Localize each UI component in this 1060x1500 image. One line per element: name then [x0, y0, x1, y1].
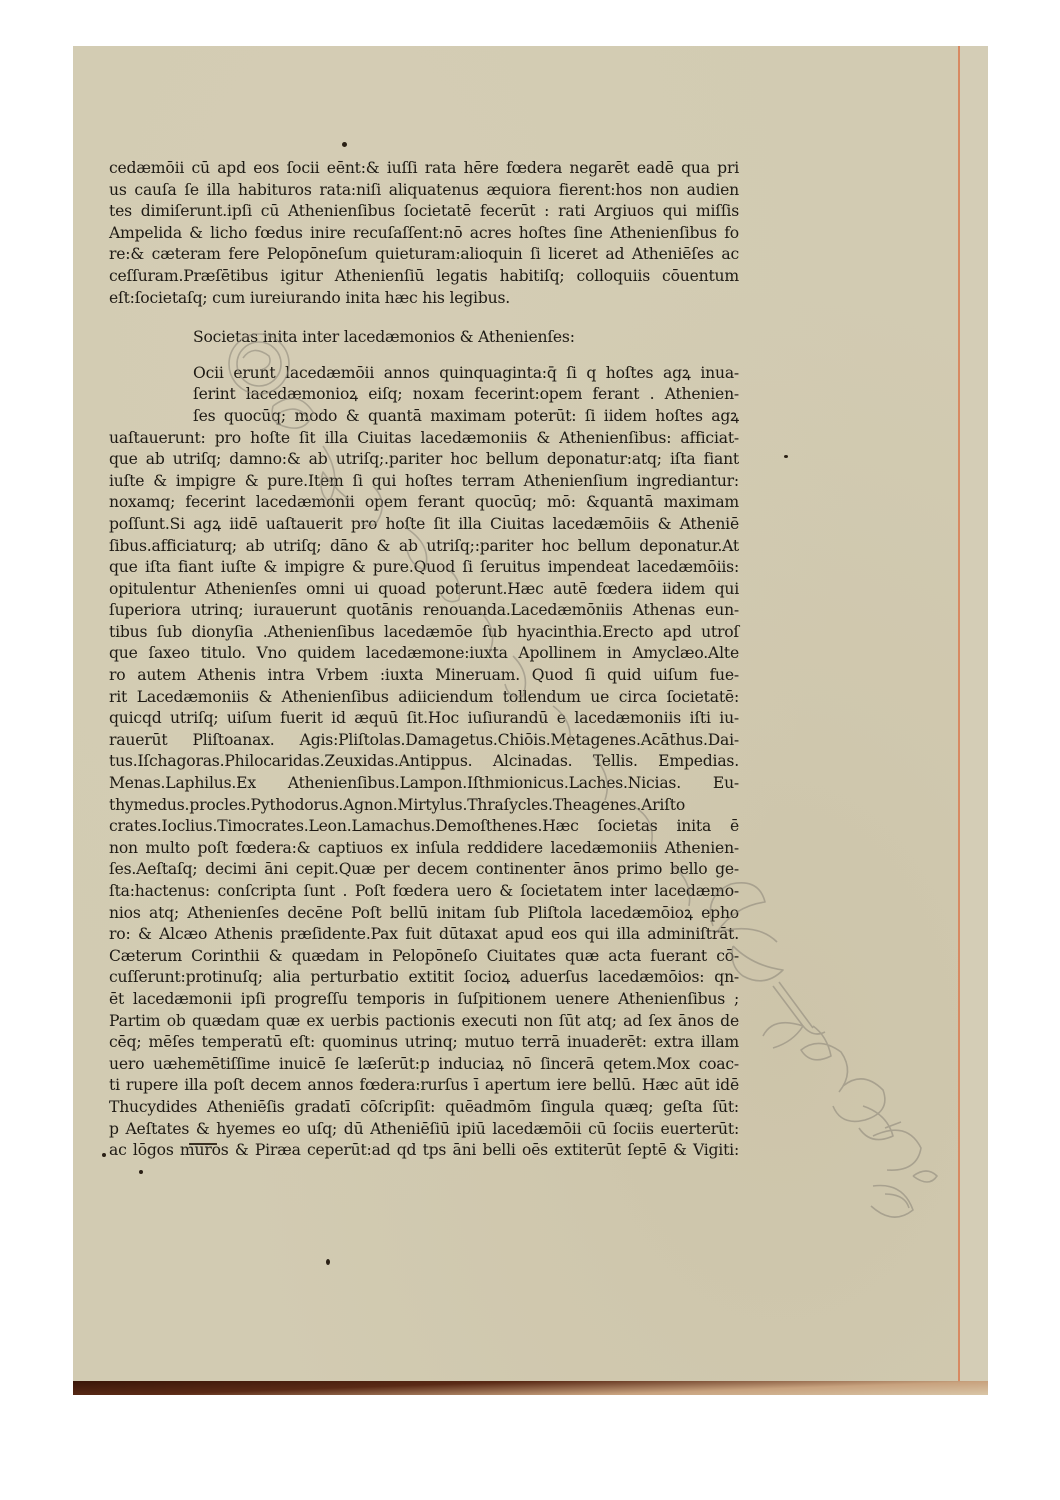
text-line: que ab utriſq; damno:& ab utriſq;.parite… — [109, 449, 739, 471]
underlying-leaf-edge — [957, 46, 988, 1395]
text-line: Partim ob quædam quæ ex uerbis pactionis… — [109, 1011, 739, 1033]
text-line: Thucydides Atheniēſis gradatī cōſcripſit… — [109, 1097, 739, 1119]
text-line: ro: & Alcæo Athenis præſidente.Pax fuit … — [109, 924, 739, 946]
text-line: thymedus.procles.Pythodorus.Agnon.Mirtyl… — [109, 795, 739, 817]
text-line: ſta:hactenus: conſcripta ſunt . Poſt fœd… — [109, 881, 739, 903]
text-line: p Aeſtates & hyemes eo uſq; dū Atheniēſi… — [109, 1119, 739, 1141]
text-line: Ocii erunt lacedæmōii annos quinquaginta… — [109, 363, 739, 385]
text-line: quicqd utriſq; uiſum fuerit id æquū ſit.… — [109, 708, 739, 730]
text-line: nios atq; Athenienſes decēne Poſt bellū … — [109, 903, 739, 925]
text-line: ſuperiora utrinq; iurauerunt quotānis re… — [109, 600, 739, 622]
text-line: cedæmōii cū apd eos ſocii eēnt:& iuſſi r… — [109, 158, 739, 180]
text-line: uero uæhemētiſſime inuicē ſe læſerūt:p i… — [109, 1054, 739, 1076]
text-line: ēt lacedæmonii ipſi progreſſu temporis i… — [109, 989, 739, 1011]
text-line: tes dimiſerunt.ipſi cū Athenienſibus ſoc… — [109, 201, 739, 223]
text-line: ro autem Athenis intra Vrbem :iuxta Mine… — [109, 665, 739, 687]
text-line: rauerūt Pliſtoanax. Agis:Pliſtolas.Damag… — [109, 730, 739, 752]
paper-leaf: cedæmōii cū apd eos ſocii eēnt:& iuſſi r… — [73, 46, 960, 1387]
text-line: ſes quocūq; modo & quantā maximam poterū… — [109, 406, 739, 428]
scanned-page: cedæmōii cū apd eos ſocii eēnt:& iuſſi r… — [73, 46, 988, 1395]
ink-speck — [342, 142, 347, 147]
text-line: que iſta fiant iuſte & impigre & pure.Qu… — [109, 557, 739, 579]
text-line: ſibus.afficiaturq; ab utriſq; dāno & ab … — [109, 536, 739, 558]
text-line: Menas.Laphilus.Ex Athenienſibus.Lampon.I… — [109, 773, 739, 795]
binding-shadow — [73, 1381, 988, 1395]
ink-speck — [784, 455, 788, 458]
ink-speck — [139, 1170, 143, 1174]
text-line: opitulentur Athenienſes omni ui quoad po… — [109, 579, 739, 601]
text-line: ceſſuram.Præſētibus igitur Athenienſiū l… — [109, 266, 739, 288]
text-line: tus.Iſchagoras.Philocaridas.Zeuxidas.Ant… — [109, 751, 739, 773]
text-line: crates.Ioclius.Timocrates.Leon.Lamachus.… — [109, 816, 739, 838]
text-line: Ampelida & licho fœdus inire recuſaſſent… — [109, 223, 739, 245]
text-line: us cauſa ſe illa habituros rata:niſi ali… — [109, 180, 739, 202]
text-line: uaſtauerunt: pro hoſte ſit illa Ciuitas … — [109, 428, 739, 450]
paragraph-2: Ocii erunt lacedæmōii annos quinquaginta… — [109, 363, 739, 1162]
text-line: non multo poſt fœdera:& captiuos ex inſu… — [109, 838, 739, 860]
text-line: cēq; mēſes temperatū eſt: quominus utrin… — [109, 1032, 739, 1054]
text-line: que ſaxeo titulo. Vno quidem lacedæmone:… — [109, 643, 739, 665]
text-line: re:& cæteram fere Pelopōneſum quieturam:… — [109, 244, 739, 266]
paragraph-1: cedæmōii cū apd eos ſocii eēnt:& iuſſi r… — [109, 158, 739, 309]
text-line: eſt:ſocietaſq; cum iureiurando inita hæc… — [109, 288, 739, 310]
text-line: rit Lacedæmoniis & Athenienſibus adiicie… — [109, 687, 739, 709]
text-line: noxamq; fecerint lacedæmonii opem ferant… — [109, 492, 739, 514]
text-line: ac lōgos muros & Piræa ceperūt:ad qd tps… — [109, 1140, 739, 1162]
text-line: ſerint lacedæmonioꝝ eiſq; noxam fecerint… — [109, 384, 739, 406]
text-line: poſſunt.Si agꝝ iidē uaſtauerit pro hoſte… — [109, 514, 739, 536]
text-line: Cæterum Corinthii & quædam in Pelopōneſo… — [109, 946, 739, 968]
text-line: cuſſerunt:protinuſq; alia perturbatio ex… — [109, 967, 739, 989]
text-line: iuſte & impigre & pure.Item ſi qui hoſte… — [109, 471, 739, 493]
text-line: ſes.Aeſtaſq; decimi āni cepit.Quæ per de… — [109, 859, 739, 881]
ink-speck — [102, 1153, 106, 1157]
text-line: tibus ſub dionyſia .Athenienſibus lacedæ… — [109, 622, 739, 644]
text-line: ti rupere illa poſt decem annos fœdera:r… — [109, 1075, 739, 1097]
ink-speck — [326, 1259, 330, 1265]
section-heading: Societas inita inter lacedæmonios & Athe… — [109, 327, 739, 349]
printed-text-block: cedæmōii cū apd eos ſocii eēnt:& iuſſi r… — [109, 158, 739, 1162]
